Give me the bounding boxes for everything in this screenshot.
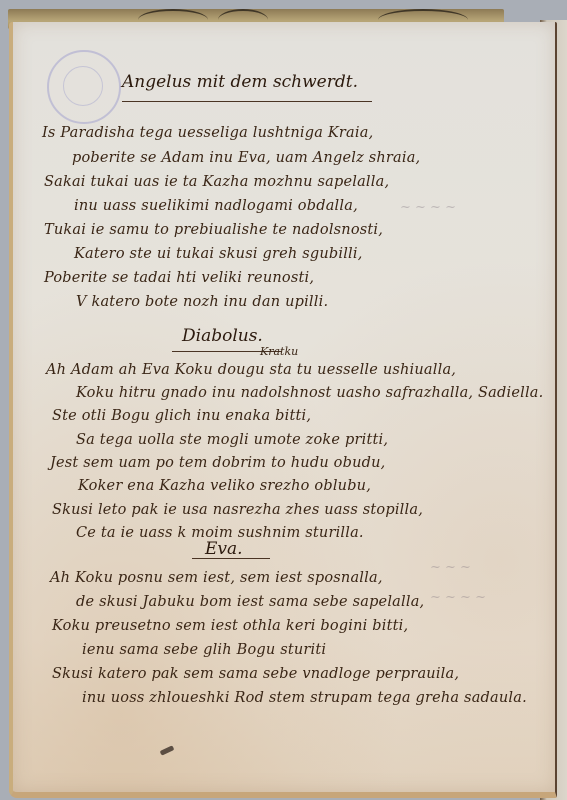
verse-line: inu uass suelikimi nadlogami obdalla,	[74, 198, 358, 214]
interlinear-correction: Kratku	[260, 345, 298, 358]
manuscript-text: ~ ~ ~ ~ ~ ~ ~ ~ ~ ~ ~ Angelus mit dem sc…	[0, 0, 567, 800]
bleed-through-text: ~ ~ ~	[430, 560, 471, 575]
verse-line: Skusi katero pak sem sama sebe vnadloge …	[52, 666, 459, 682]
verse-line: Sa tega uolla ste mogli umote zoke pritt…	[76, 432, 388, 448]
verse-line: Katero ste ui tukai skusi greh sgubilli,	[74, 246, 363, 262]
verse-line: Poberite se tadai hti veliki reunosti,	[44, 270, 314, 286]
bleed-through-text: ~ ~ ~ ~	[400, 200, 456, 215]
verse-line: Tukai ie samu to prebiualishe te nadolsn…	[44, 222, 383, 238]
heading-underline	[122, 101, 372, 102]
verse-line: Ste otli Bogu glich inu enaka bitti,	[52, 408, 311, 424]
verse-line: ienu sama sebe glih Bogu sturiti	[82, 642, 326, 658]
heading-underline	[192, 558, 270, 559]
verse-line: Skusi leto pak ie usa nasrezha zhes uass…	[52, 502, 423, 518]
bleed-through-text: ~ ~ ~ ~	[430, 590, 486, 605]
verse-line: inu uoss zhloueshki Rod stem strupam teg…	[82, 690, 527, 706]
verse-line: Ah Koku posnu sem iest, sem iest sposnal…	[50, 570, 383, 586]
verse-line: poberite se Adam inu Eva, uam Angelz shr…	[72, 150, 420, 166]
verse-line: Sakai tukai uas ie ta Kazha mozhnu sapel…	[44, 174, 389, 190]
verse-line: V katero bote nozh inu dan upilli.	[76, 294, 328, 310]
verse-line: Koku preusetno sem iest othla keri bogin…	[52, 618, 408, 634]
speaker-heading-diabolus: Diabolus.	[182, 326, 263, 346]
verse-line: Ah Adam ah Eva Koku dougu sta tu uessell…	[46, 362, 456, 378]
verse-line: de skusi Jabuku bom iest sama sebe sapel…	[76, 594, 424, 610]
verse-line: Jest sem uam po tem dobrim to hudu obudu…	[50, 455, 385, 471]
speaker-heading-angelus: Angelus mit dem schwerdt.	[122, 72, 358, 92]
speaker-heading-eva: Eva.	[205, 539, 243, 559]
verse-line: Koker ena Kazha veliko srezho oblubu,	[78, 478, 371, 494]
verse-line: Is Paradisha tega uesseliga lushtniga Kr…	[42, 125, 373, 141]
verse-line: Koku hitru gnado inu nadolshnost uasho s…	[76, 385, 543, 401]
